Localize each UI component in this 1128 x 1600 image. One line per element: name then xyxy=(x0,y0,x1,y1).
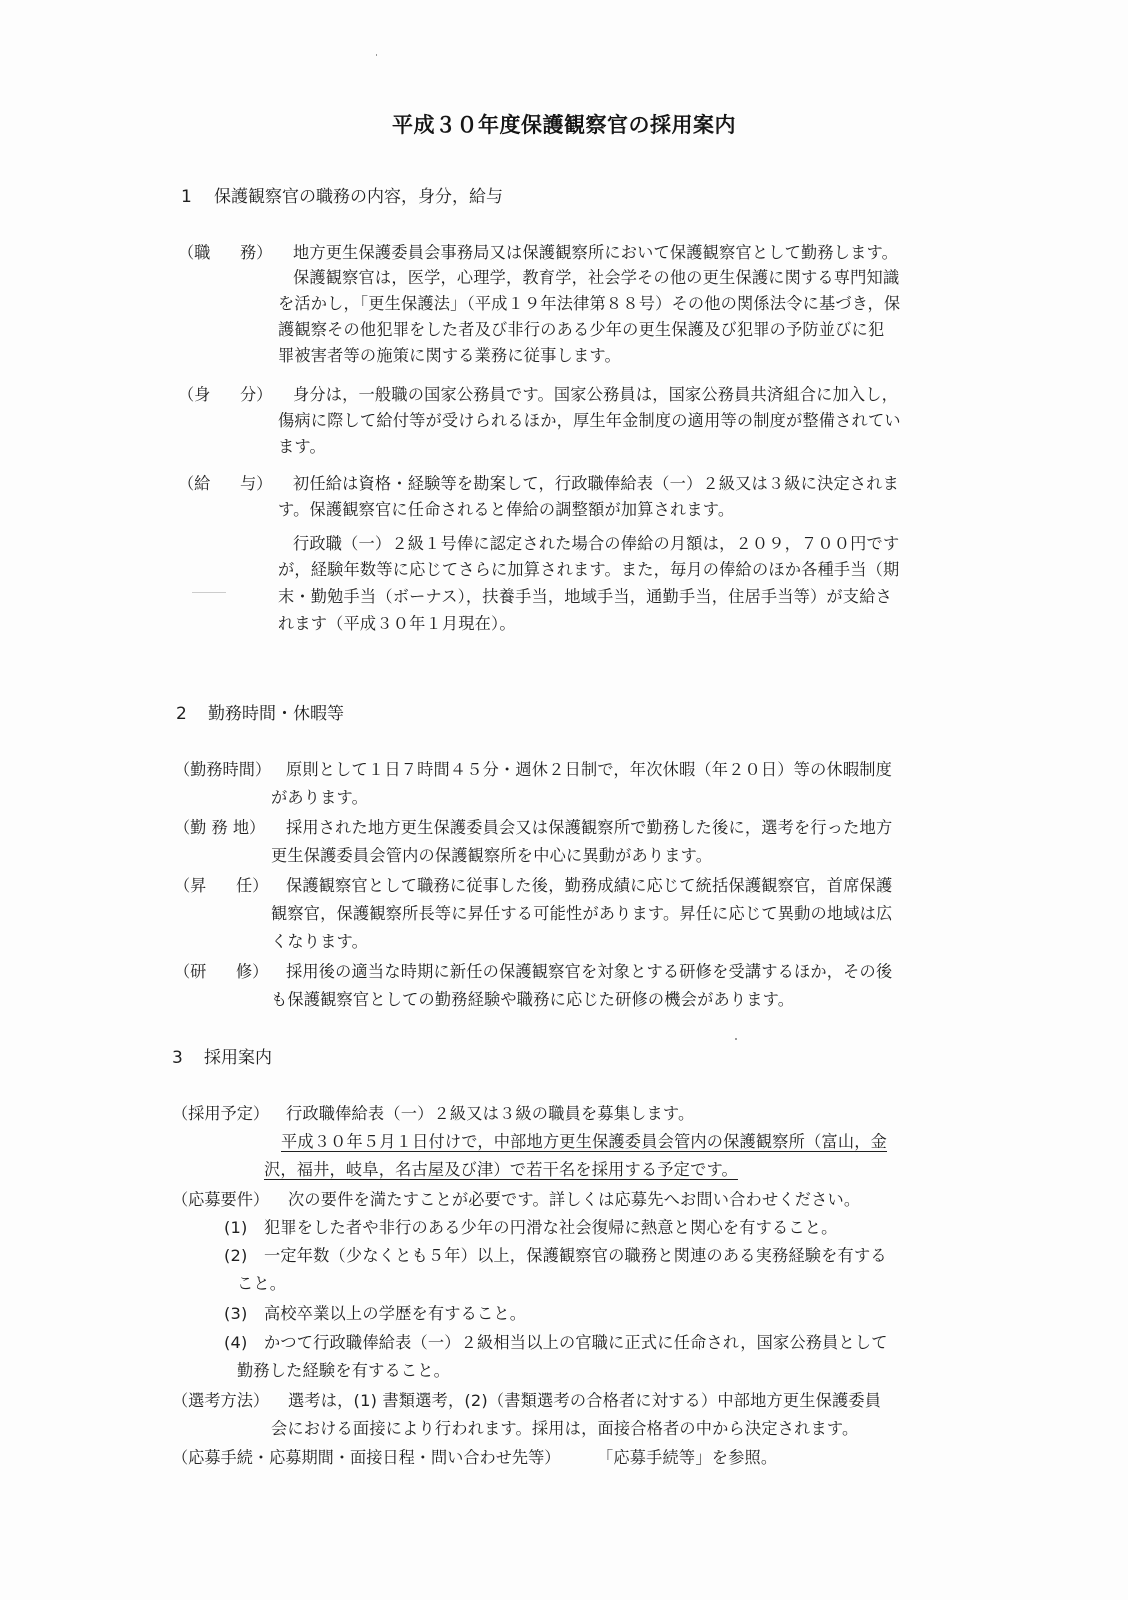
requirement-2-text-line-2: こと。 xyxy=(237,1274,286,1294)
label-working-hours: （勤務時間） xyxy=(174,760,271,780)
label-promotion-right: 任） xyxy=(236,876,268,896)
duties-line-2: 保護観察官は，医学，心理学，教育学，社会学その他の更生保護に関する専門知識 xyxy=(293,268,899,288)
promotion-line-3: くなります。 xyxy=(271,932,368,952)
work-location-line-2: 更生保護委員会管内の保護観察所を中心に異動があります。 xyxy=(271,846,712,866)
label-salary-right: 与） xyxy=(240,474,272,494)
duties-line-4: 護観察その他犯罪をした者及び非行のある少年の更生保護及び犯罪の予防並びに犯 xyxy=(278,320,884,340)
requirement-2-text-line-1: 一定年数（少なくとも５年）以上，保護観察官の職務と関連のある実務経験を有する xyxy=(264,1246,887,1266)
scan-speck xyxy=(376,54,377,56)
hiring-plan-line-1: 行政職俸給表（一）２級又は３級の職員を募集します。 xyxy=(286,1104,694,1124)
application-procedure-reference: 「応募手続等」を参照。 xyxy=(597,1448,777,1468)
section-1-heading: 保護観察官の職務の内容，身分，給与 xyxy=(214,186,503,208)
salary-line-6: れます（平成３０年１月現在）。 xyxy=(278,614,516,634)
promotion-line-1: 保護観察官として職務に従事した後，勤務成績に応じて統括保護観察官，首席保護 xyxy=(286,876,892,896)
requirement-3-text: 高校卒業以上の学歴を有すること。 xyxy=(264,1304,526,1324)
scanned-document-page: 平成３０年度保護観察官の採用案内 1 保護観察官の職務の内容，身分，給与 （職 … xyxy=(0,0,1128,1600)
salary-line-3: 行政職（一）２級１号俸に認定された場合の俸給の月額は，２０９，７００円です xyxy=(293,534,899,554)
label-training-left: （研 xyxy=(174,962,206,982)
section-3-heading: 採用案内 xyxy=(204,1047,272,1069)
label-application-procedure: （応募手続・応募期間・面接日程・問い合わせ先等） xyxy=(172,1448,561,1468)
label-training-right: 修） xyxy=(236,962,268,982)
duties-line-1: 地方更生保護委員会事務局又は保護観察所において保護観察官として勤務します。 xyxy=(293,243,898,263)
promotion-line-2: 観察官，保護観察所長等に昇任する可能性があります。昇任に応じて異動の地域は広 xyxy=(271,904,892,924)
training-line-1: 採用後の適当な時期に新任の保護観察官を対象とする研修を受講するほか，その後 xyxy=(286,962,892,982)
label-status-left: （身 xyxy=(178,385,210,405)
hiring-plan-line-3-underlined: 沢，福井，岐阜，名古屋及び津）で若干名を採用する予定です。 xyxy=(264,1160,738,1180)
selection-method-line-1: 選考は，(1) 書類選考，(2)（書類選考の合格者に対する）中部地方更生保護委員 xyxy=(288,1391,881,1411)
label-selection-method: （選考方法） xyxy=(172,1391,269,1411)
scan-artifact-mark xyxy=(192,592,226,593)
working-hours-line-1: 原則として１日７時間４５分・週休２日制で，年次休暇（年２０日）等の休暇制度 xyxy=(286,760,892,780)
label-duties-left: （職 xyxy=(178,243,210,263)
working-hours-line-2: があります。 xyxy=(271,788,368,808)
status-line-1: 身分は，一般職の国家公務員です。国家公務員は，国家公務員共済組合に加入し， xyxy=(293,385,898,405)
label-duties-right: 務） xyxy=(240,243,272,263)
training-line-2: も保護観察官としての勤務経験や職務に応じた研修の機会があります。 xyxy=(271,990,794,1010)
eligibility-intro: 次の要件を満たすことが必要です。詳しくは応募先へお問い合わせください。 xyxy=(288,1190,860,1210)
requirement-2-number: (2) xyxy=(224,1246,248,1266)
requirement-1-number: (1) xyxy=(224,1218,248,1238)
section-1-number: 1 xyxy=(181,186,192,208)
section-2-heading: 勤務時間・休暇等 xyxy=(208,703,344,725)
selection-method-line-2: 会における面接により行われます。採用は，面接合格者の中から決定されます。 xyxy=(271,1419,858,1439)
label-status-right: 分） xyxy=(240,385,272,405)
salary-line-2: す。保護観察官に任命されると俸給の調整額が加算されます。 xyxy=(278,500,734,520)
label-work-location: （勤 務 地） xyxy=(174,818,265,838)
hiring-plan-line-2-underlined: 平成３０年５月１日付けで，中部地方更生保護委員会管内の保護観察所（富山，金 xyxy=(281,1132,887,1152)
salary-line-4: が，経験年数等に応じてさらに加算されます。また，毎月の俸給のほか各種手当（期 xyxy=(278,560,899,580)
section-2-number: 2 xyxy=(176,703,187,725)
requirement-4-text-line-2: 勤務した経験を有すること。 xyxy=(237,1361,450,1381)
requirement-3-number: (3) xyxy=(224,1304,248,1324)
work-location-line-1: 採用された地方更生保護委員会又は保護観察所で勤務した後に，選考を行った地方 xyxy=(286,818,892,838)
label-hiring-plan: （採用予定） xyxy=(172,1104,269,1124)
document-title: 平成３０年度保護観察官の採用案内 xyxy=(0,112,1128,138)
scan-speck xyxy=(735,1038,737,1040)
requirement-1-text: 犯罪をした者や非行のある少年の円滑な社会復帰に熱意と関心を有すること。 xyxy=(264,1218,838,1238)
label-eligibility: （応募要件） xyxy=(172,1190,269,1210)
salary-line-5: 末・勤勉手当（ボーナス），扶養手当，地域手当，通勤手当，住居手当等）が支給さ xyxy=(278,587,892,607)
duties-line-5: 罪被害者等の施策に関する業務に従事します。 xyxy=(278,346,621,366)
requirement-4-text-line-1: かつて行政職俸給表（一）２級相当以上の官職に正式に任命され，国家公務員として xyxy=(264,1333,888,1353)
salary-line-1: 初任給は資格・経験等を勘案して，行政職俸給表（一）２級又は３級に決定されま xyxy=(293,474,899,494)
label-promotion-left: （昇 xyxy=(174,876,206,896)
label-salary-left: （給 xyxy=(178,474,210,494)
status-line-3: ます。 xyxy=(278,437,326,457)
status-line-2: 傷病に際して給付等が受けられるほか，厚生年金制度の適用等の制度が整備されてい xyxy=(278,411,901,431)
duties-line-3: を活かし，「更生保護法」（平成１９年法律第８８号）その他の関係法令に基づき，保 xyxy=(278,294,900,314)
requirement-4-number: (4) xyxy=(224,1333,248,1353)
section-3-number: 3 xyxy=(172,1047,183,1069)
